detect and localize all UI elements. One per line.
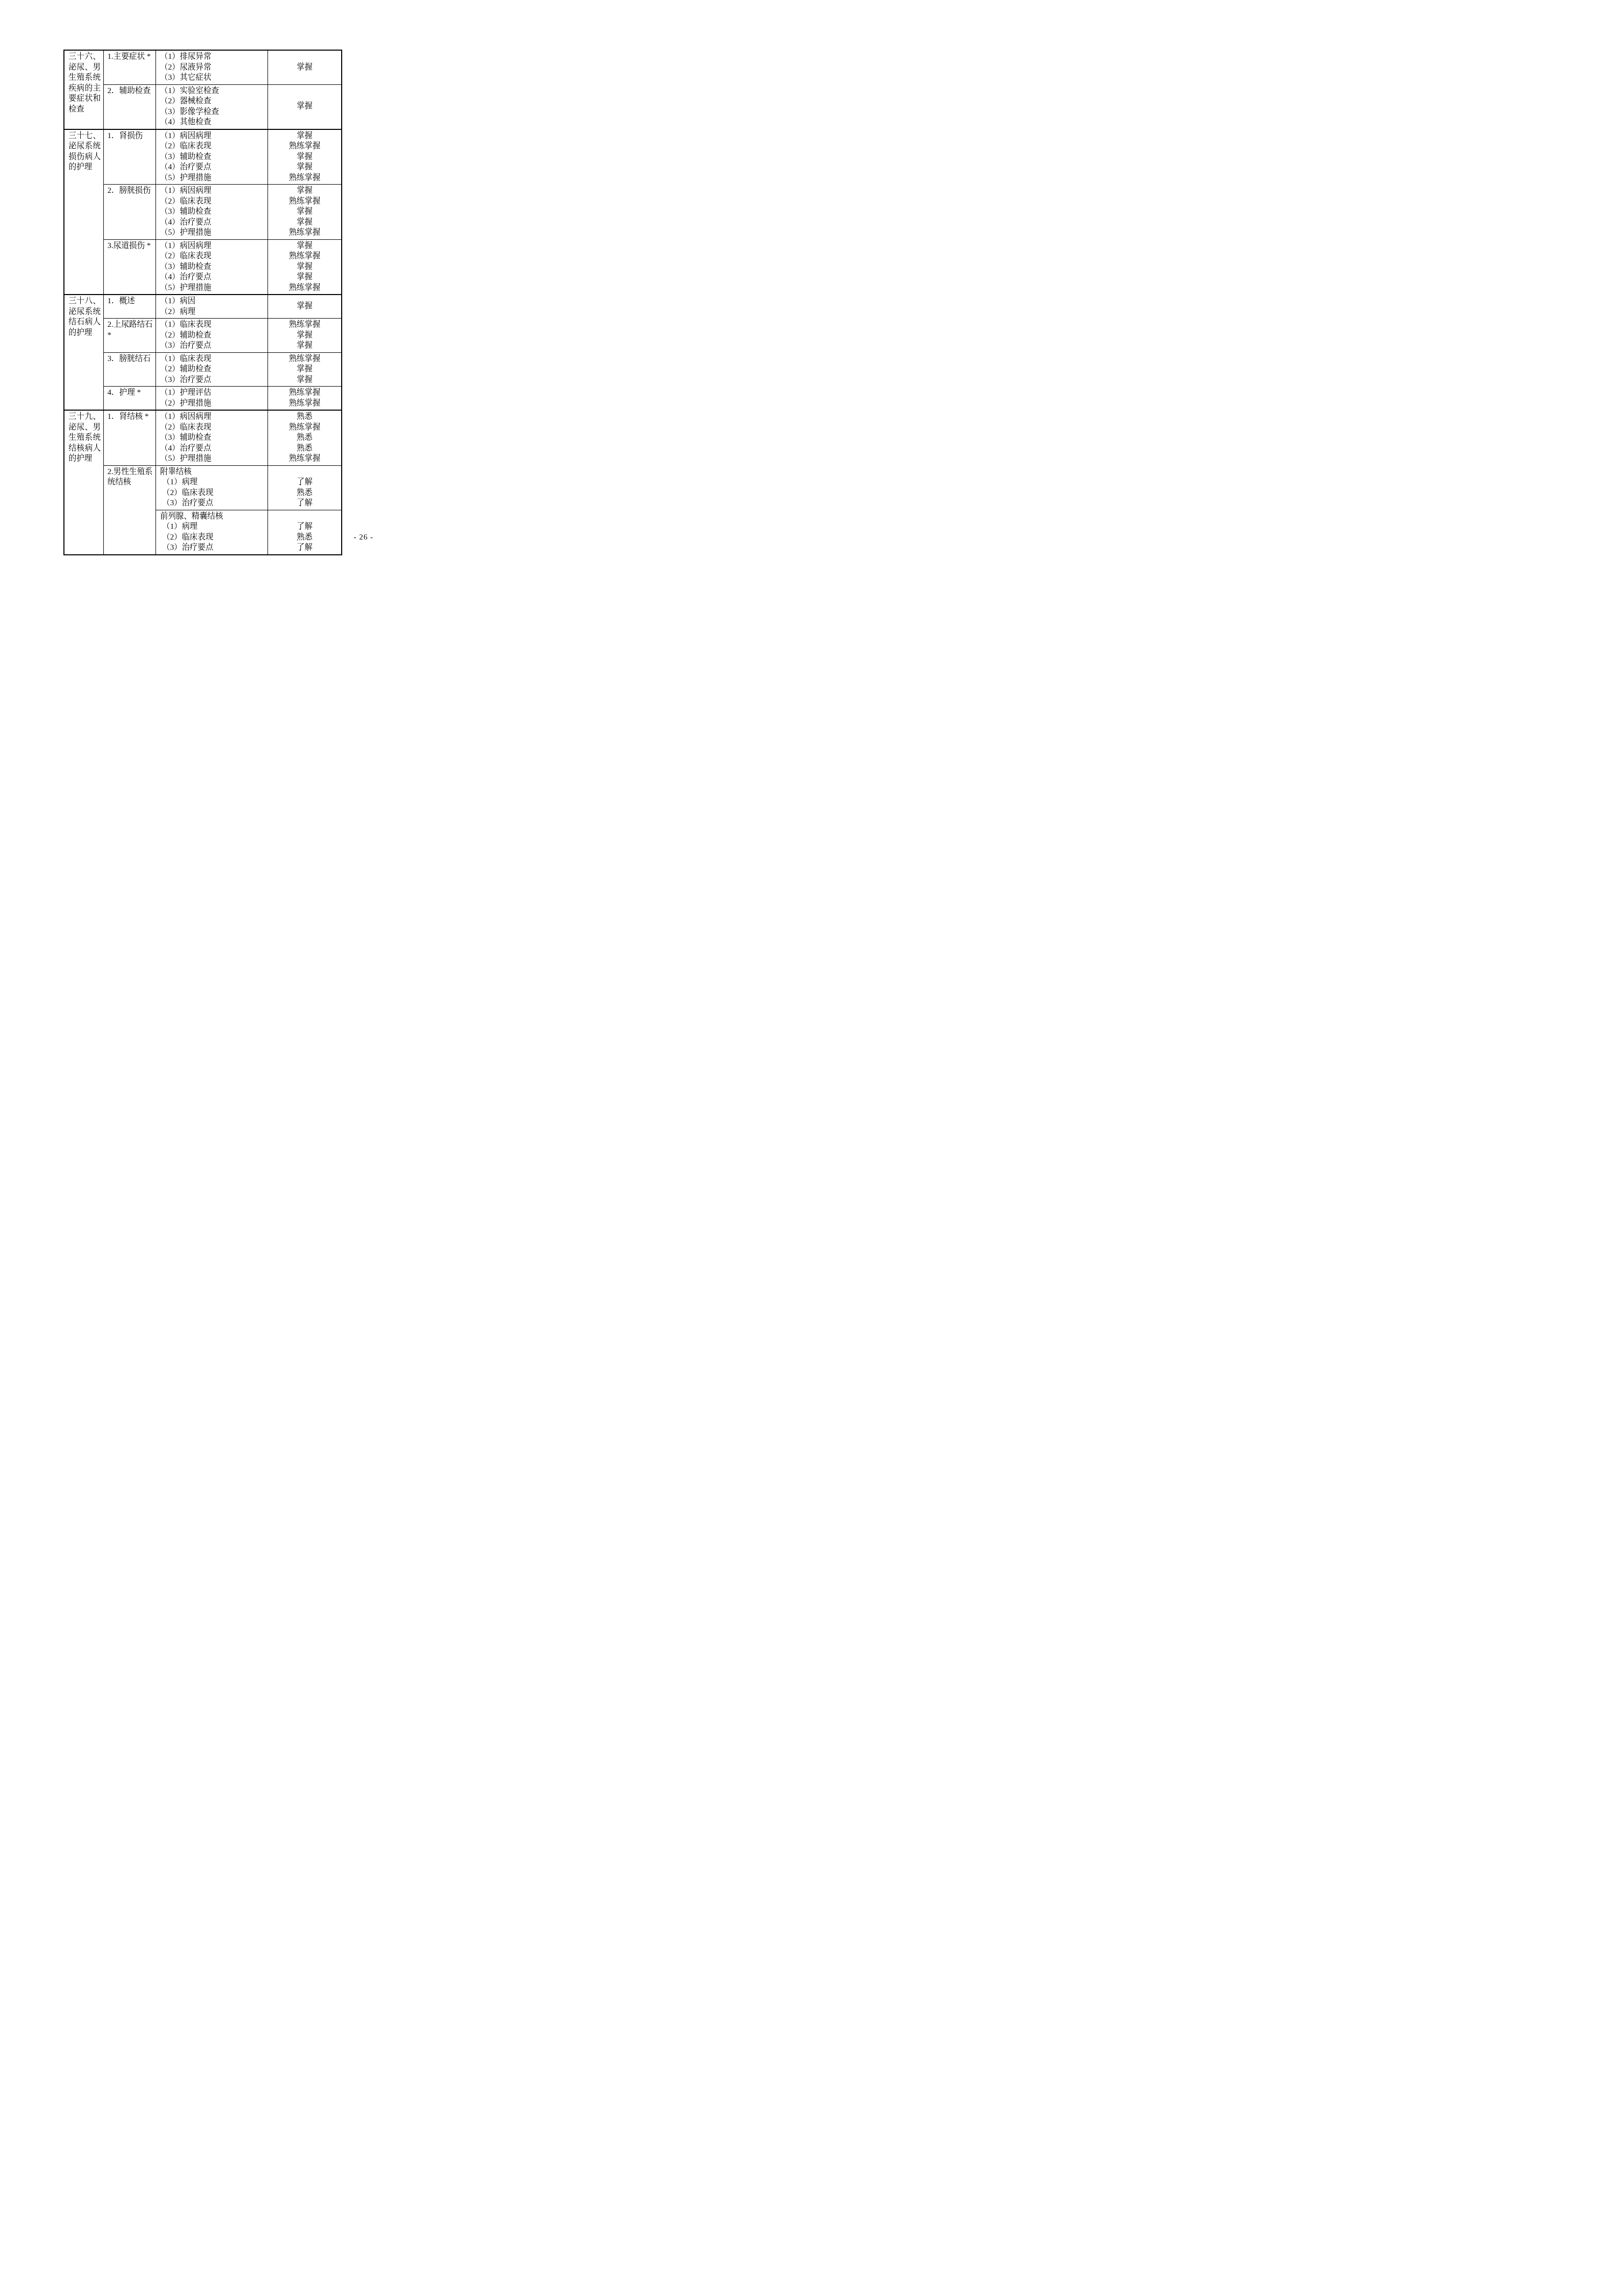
item-block: （1）病因病理（2）临床表现（3）辅助检查（4）治疗要点（5）护理措施 掌握熟练… <box>156 130 341 185</box>
page-number: - 26 - <box>354 533 374 542</box>
table-section: 三十六、泌尿、男生殖系统疾病的主要症状和检查 1.主要症状 * （1）排尿异常（… <box>64 51 341 129</box>
item-text: （4）其他检查 <box>160 117 265 128</box>
topic-cell: 1．肾结核 * <box>104 411 156 465</box>
items-cell: 前列腺、精囊结核（1）病理（2）临床表现（3）治疗要点 <box>156 510 268 554</box>
subrow-blocks: （1）临床表现（2）辅助检查（3）治疗要点 熟练掌握掌握掌握 <box>156 319 341 352</box>
level-cell: 了解熟悉了解 <box>268 466 341 510</box>
mastery-level: 掌握 <box>268 375 341 386</box>
mastery-level: 掌握 <box>268 186 341 196</box>
table-subrow: 1．肾损伤 （1）病因病理（2）临床表现（3）辅助检查（4）治疗要点（5）护理措… <box>104 130 341 185</box>
topic-label: 1.主要症状 * <box>107 52 154 62</box>
mastery-level: 掌握 <box>268 330 341 341</box>
topic-label: 3．膀胱结石 <box>107 354 154 365</box>
item-text: （2）临床表现 <box>160 532 265 543</box>
items-cell: （1）病因病理（2）临床表现（3）辅助检查（4）治疗要点（5）护理措施 <box>156 185 268 239</box>
mastery-level: 熟练掌握 <box>268 398 341 409</box>
topic-label: 1．肾结核 * <box>107 412 154 422</box>
table-subrow: 1．肾结核 * （1）病因病理（2）临床表现（3）辅助检查（4）治疗要点（5）护… <box>104 411 341 465</box>
items-cell: （1）病因病理（2）临床表现（3）辅助检查（4）治疗要点（5）护理措施 <box>156 411 268 465</box>
topic-cell: 2.男性生殖系统结核 <box>104 466 156 554</box>
mastery-level: 掌握 <box>268 364 341 375</box>
table-section: 三十七、泌尿系统损伤病人的护理 1．肾损伤 （1）病因病理（2）临床表现（3）辅… <box>64 129 341 295</box>
item-text: （4）治疗要点 <box>160 217 265 228</box>
item-text: （3）其它症状 <box>160 73 265 83</box>
mastery-level-merged: 掌握 <box>297 101 313 112</box>
item-text: （3）治疗要点 <box>160 543 265 553</box>
subrow-blocks: （1）病因病理（2）临床表现（3）辅助检查（4）治疗要点（5）护理措施 掌握熟练… <box>156 130 341 185</box>
mastery-level: 熟悉 <box>268 488 341 499</box>
item-text: （2）尿液异常 <box>160 62 265 73</box>
mastery-level: 熟练掌握 <box>268 251 341 262</box>
table-subrow: 2．辅助检查 （1）实验室检查（2）器械检查（3）影像学检查（4）其他检查 掌握 <box>104 84 341 129</box>
item-text: （3）辅助检查 <box>160 152 265 163</box>
item-text: （1）病理 <box>160 477 265 488</box>
table-subrow: 2.上尿路结石 * （1）临床表现（2）辅助检查（3）治疗要点 熟练掌握掌握掌握 <box>104 318 341 352</box>
item-text: （2）病理 <box>160 307 265 318</box>
level-cell: 熟练掌握掌握掌握 <box>268 319 341 352</box>
topic-cell: 1．概述 <box>104 295 156 318</box>
syllabus-table: 三十六、泌尿、男生殖系统疾病的主要症状和检查 1.主要症状 * （1）排尿异常（… <box>63 50 342 555</box>
item-block: （1）临床表现（2）辅助检查（3）治疗要点 熟练掌握掌握掌握 <box>156 319 341 352</box>
topic-cell: 1．肾损伤 <box>104 130 156 185</box>
items-cell: （1）临床表现（2）辅助检查（3）治疗要点 <box>156 319 268 352</box>
chapter-cell: 三十九、泌尿、男生殖系统结核病人的护理 <box>64 411 104 554</box>
mastery-level-spacer <box>268 511 341 522</box>
item-text: （3）影像学检查 <box>160 107 265 118</box>
topic-label: 2.男性生殖系统结核 <box>107 467 154 488</box>
chapter-cell: 三十八、泌尿系统结石病人的护理 <box>64 295 104 410</box>
item-text: （3）辅助检查 <box>160 433 265 443</box>
mastery-level: 掌握 <box>268 341 341 351</box>
level-cell: 掌握熟练掌握掌握掌握熟练掌握 <box>268 185 341 239</box>
items-cell: （1）护理评估（2）护理措施 <box>156 387 268 410</box>
table-subrow: 3.尿道损伤 * （1）病因病理（2）临床表现（3）辅助检查（4）治疗要点（5）… <box>104 239 341 295</box>
item-text: （1）病理 <box>160 522 265 532</box>
item-text: （1）排尿异常 <box>160 52 265 62</box>
chapter-title: 三十八、泌尿系统结石病人的护理 <box>69 296 101 338</box>
table-subrow: 3．膀胱结石 （1）临床表现（2）辅助检查（3）治疗要点 熟练掌握掌握掌握 <box>104 352 341 387</box>
chapter-title: 三十六、泌尿、男生殖系统疾病的主要症状和检查 <box>69 52 101 115</box>
chapter-cell: 三十六、泌尿、男生殖系统疾病的主要症状和检查 <box>64 51 104 129</box>
section-subrows: 1．概述 （1）病因（2）病理 掌握 2.上尿路结石 * （1）临床表现（2）辅… <box>104 295 341 410</box>
mastery-level: 熟练掌握 <box>268 141 341 152</box>
item-text: （3）辅助检查 <box>160 207 265 217</box>
item-block: 前列腺、精囊结核（1）病理（2）临床表现（3）治疗要点 了解熟悉了解 <box>156 510 341 554</box>
table-subrow: 2．膀胱损伤 （1）病因病理（2）临床表现（3）辅助检查（4）治疗要点（5）护理… <box>104 184 341 239</box>
item-block: （1）临床表现（2）辅助检查（3）治疗要点 熟练掌握掌握掌握 <box>156 353 341 387</box>
item-text: （4）治疗要点 <box>160 162 265 173</box>
item-text: （2）辅助检查 <box>160 330 265 341</box>
item-text: （1）病因病理 <box>160 412 265 422</box>
items-cell: （1）病因（2）病理 <box>156 295 268 318</box>
topic-label: 1．肾损伤 <box>107 131 154 142</box>
chapter-cell: 三十七、泌尿系统损伤病人的护理 <box>64 130 104 295</box>
item-text: （2）护理措施 <box>160 398 265 409</box>
level-cell: 掌握 <box>268 295 341 318</box>
mastery-level: 了解 <box>268 477 341 488</box>
item-group-header: 前列腺、精囊结核 <box>160 511 265 522</box>
topic-cell: 3．膀胱结石 <box>104 353 156 387</box>
mastery-level: 熟悉 <box>268 433 341 443</box>
item-text: （5）护理措施 <box>160 283 265 294</box>
subrow-blocks: （1）实验室检查（2）器械检查（3）影像学检查（4）其他检查 掌握 <box>156 85 341 129</box>
item-text: （1）临床表现 <box>160 354 265 365</box>
item-text: （4）治疗要点 <box>160 272 265 283</box>
mastery-level: 掌握 <box>268 207 341 217</box>
mastery-level: 熟练掌握 <box>268 422 341 433</box>
mastery-level: 了解 <box>268 543 341 553</box>
chapter-title: 三十九、泌尿、男生殖系统结核病人的护理 <box>69 412 101 464</box>
topic-cell: 2．膀胱损伤 <box>104 185 156 239</box>
level-cell: 掌握 <box>268 51 341 84</box>
mastery-level-merged: 掌握 <box>297 62 313 73</box>
item-text: （1）病因病理 <box>160 241 265 252</box>
mastery-level-merged: 掌握 <box>297 301 313 312</box>
section-subrows: 1.主要症状 * （1）排尿异常（2）尿液异常（3）其它症状 掌握 2．辅助检查… <box>104 51 341 129</box>
level-cell: 掌握熟练掌握掌握掌握熟练掌握 <box>268 240 341 295</box>
topic-label: 2．膀胱损伤 <box>107 186 154 196</box>
level-cell: 熟练掌握熟练掌握 <box>268 387 341 410</box>
item-text: （2）临床表现 <box>160 488 265 499</box>
table-subrow: 4．护理 * （1）护理评估（2）护理措施 熟练掌握熟练掌握 <box>104 386 341 410</box>
mastery-level: 熟练掌握 <box>268 454 341 464</box>
items-cell: 附睾结核（1）病理（2）临床表现（3）治疗要点 <box>156 466 268 510</box>
item-text: （1）护理评估 <box>160 388 265 398</box>
level-cell: 熟悉熟练掌握熟悉熟悉熟练掌握 <box>268 411 341 465</box>
topic-label: 4．护理 * <box>107 388 154 398</box>
item-text: （4）治疗要点 <box>160 443 265 454</box>
topic-cell: 1.主要症状 * <box>104 51 156 84</box>
item-text: （2）临床表现 <box>160 422 265 433</box>
mastery-level: 掌握 <box>268 152 341 163</box>
item-text: （2）临床表现 <box>160 141 265 152</box>
item-block: （1）病因病理（2）临床表现（3）辅助检查（4）治疗要点（5）护理措施 掌握熟练… <box>156 185 341 239</box>
mastery-level: 熟练掌握 <box>268 173 341 184</box>
item-block: （1）病因病理（2）临床表现（3）辅助检查（4）治疗要点（5）护理措施 熟悉熟练… <box>156 411 341 465</box>
mastery-level: 熟练掌握 <box>268 228 341 238</box>
document-page: 三十六、泌尿、男生殖系统疾病的主要症状和检查 1.主要症状 * （1）排尿异常（… <box>0 0 406 574</box>
subrow-blocks: （1）排尿异常（2）尿液异常（3）其它症状 掌握 <box>156 51 341 84</box>
section-subrows: 1．肾损伤 （1）病因病理（2）临床表现（3）辅助检查（4）治疗要点（5）护理措… <box>104 130 341 295</box>
mastery-level: 掌握 <box>268 217 341 228</box>
mastery-level-spacer <box>268 467 341 478</box>
level-cell: 掌握熟练掌握掌握掌握熟练掌握 <box>268 130 341 185</box>
items-cell: （1）排尿异常（2）尿液异常（3）其它症状 <box>156 51 268 84</box>
chapter-title: 三十七、泌尿系统损伤病人的护理 <box>69 131 101 173</box>
topic-label: 2.上尿路结石 * <box>107 320 154 341</box>
mastery-level: 熟练掌握 <box>268 283 341 294</box>
item-text: （1）病因病理 <box>160 131 265 142</box>
mastery-level: 了解 <box>268 522 341 532</box>
item-text: （2）器械检查 <box>160 96 265 107</box>
item-block: （1）实验室检查（2）器械检查（3）影像学检查（4）其他检查 掌握 <box>156 85 341 129</box>
mastery-level: 掌握 <box>268 162 341 173</box>
items-cell: （1）临床表现（2）辅助检查（3）治疗要点 <box>156 353 268 387</box>
topic-label: 2．辅助检查 <box>107 86 154 97</box>
item-block: （1）病因（2）病理 掌握 <box>156 295 341 318</box>
mastery-level: 掌握 <box>268 241 341 252</box>
item-text: （1）病因病理 <box>160 186 265 196</box>
subrow-blocks: （1）病因病理（2）临床表现（3）辅助检查（4）治疗要点（5）护理措施 熟悉熟练… <box>156 411 341 465</box>
subrow-blocks: 附睾结核（1）病理（2）临床表现（3）治疗要点 了解熟悉了解 前列腺、精囊结核（… <box>156 466 341 554</box>
item-text: （2）辅助检查 <box>160 364 265 375</box>
level-cell: 了解熟悉了解 <box>268 510 341 554</box>
mastery-level: 熟悉 <box>268 412 341 422</box>
mastery-level: 了解 <box>268 498 341 509</box>
mastery-level: 熟悉 <box>268 532 341 543</box>
item-text: （5）护理措施 <box>160 454 265 464</box>
item-text: （2）临床表现 <box>160 251 265 262</box>
items-cell: （1）病因病理（2）临床表现（3）辅助检查（4）治疗要点（5）护理措施 <box>156 130 268 185</box>
mastery-level: 熟练掌握 <box>268 196 341 207</box>
item-text: （1）病因 <box>160 296 265 307</box>
mastery-level: 掌握 <box>268 131 341 142</box>
item-text: （3）辅助检查 <box>160 262 265 273</box>
items-cell: （1）病因病理（2）临床表现（3）辅助检查（4）治疗要点（5）护理措施 <box>156 240 268 295</box>
topic-cell: 3.尿道损伤 * <box>104 240 156 295</box>
topic-label: 3.尿道损伤 * <box>107 241 154 252</box>
level-cell: 熟练掌握掌握掌握 <box>268 353 341 387</box>
mastery-level: 掌握 <box>268 262 341 273</box>
level-cell: 掌握 <box>268 85 341 129</box>
item-text: （1）实验室检查 <box>160 86 265 97</box>
item-text: （3）治疗要点 <box>160 341 265 351</box>
item-group-header: 附睾结核 <box>160 467 265 478</box>
subrow-blocks: （1）病因（2）病理 掌握 <box>156 295 341 318</box>
item-text: （3）治疗要点 <box>160 375 265 386</box>
item-block: （1）排尿异常（2）尿液异常（3）其它症状 掌握 <box>156 51 341 84</box>
item-text: （2）临床表现 <box>160 196 265 207</box>
topic-label: 1．概述 <box>107 296 154 307</box>
table-subrow: 2.男性生殖系统结核 附睾结核（1）病理（2）临床表现（3）治疗要点 了解熟悉了… <box>104 465 341 554</box>
subrow-blocks: （1）病因病理（2）临床表现（3）辅助检查（4）治疗要点（5）护理措施 掌握熟练… <box>156 185 341 239</box>
table-subrow: 1.主要症状 * （1）排尿异常（2）尿液异常（3）其它症状 掌握 <box>104 51 341 84</box>
item-text: （3）治疗要点 <box>160 498 265 509</box>
subrow-blocks: （1）病因病理（2）临床表现（3）辅助检查（4）治疗要点（5）护理措施 掌握熟练… <box>156 240 341 295</box>
section-subrows: 1．肾结核 * （1）病因病理（2）临床表现（3）辅助检查（4）治疗要点（5）护… <box>104 411 341 554</box>
item-block: 附睾结核（1）病理（2）临床表现（3）治疗要点 了解熟悉了解 <box>156 466 341 510</box>
topic-cell: 2．辅助检查 <box>104 85 156 129</box>
table-section: 三十八、泌尿系统结石病人的护理 1．概述 （1）病因（2）病理 掌握 2.上尿路… <box>64 294 341 410</box>
subrow-blocks: （1）临床表现（2）辅助检查（3）治疗要点 熟练掌握掌握掌握 <box>156 353 341 387</box>
topic-cell: 4．护理 * <box>104 387 156 410</box>
mastery-level: 熟练掌握 <box>268 320 341 330</box>
item-text: （1）临床表现 <box>160 320 265 330</box>
topic-cell: 2.上尿路结石 * <box>104 319 156 352</box>
items-cell: （1）实验室检查（2）器械检查（3）影像学检查（4）其他检查 <box>156 85 268 129</box>
mastery-level: 掌握 <box>268 272 341 283</box>
mastery-level: 熟练掌握 <box>268 388 341 398</box>
mastery-level: 熟悉 <box>268 443 341 454</box>
item-block: （1）护理评估（2）护理措施 熟练掌握熟练掌握 <box>156 387 341 410</box>
item-block: （1）病因病理（2）临床表现（3）辅助检查（4）治疗要点（5）护理措施 掌握熟练… <box>156 240 341 295</box>
table-section: 三十九、泌尿、男生殖系统结核病人的护理 1．肾结核 * （1）病因病理（2）临床… <box>64 410 341 554</box>
subrow-blocks: （1）护理评估（2）护理措施 熟练掌握熟练掌握 <box>156 387 341 410</box>
item-text: （5）护理措施 <box>160 173 265 184</box>
item-text: （5）护理措施 <box>160 228 265 238</box>
mastery-level: 熟练掌握 <box>268 354 341 365</box>
table-subrow: 1．概述 （1）病因（2）病理 掌握 <box>104 295 341 318</box>
